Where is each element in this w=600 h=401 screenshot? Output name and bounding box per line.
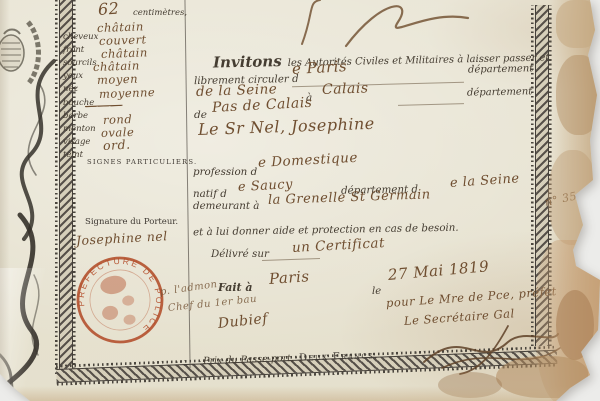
left-margin-calligraphy xyxy=(0,55,68,401)
delivre-sur-printed: Délivré sur xyxy=(211,248,269,260)
paper-shadow: 62 centimètres, cheveuxchâtain frontcouv… xyxy=(0,0,600,401)
stain-top-right xyxy=(556,0,600,48)
demeurant-printed: demeurant à xyxy=(193,200,259,212)
departement-label-2: département xyxy=(467,86,532,98)
aide-protection-printed: et à lui donner aide et protection en ca… xyxy=(193,222,459,239)
stain-right-1 xyxy=(556,55,600,135)
circuler-hand: e Paris xyxy=(292,57,348,78)
bearer-name-hand: Le Sr Nel, Josephine xyxy=(198,114,375,139)
photo-of-1819-french-passport: 62 centimètres, cheveuxchâtain frontcouv… xyxy=(0,0,600,401)
countersign-hand-2: Chef du 1er bau xyxy=(167,294,257,314)
bottom-edge-tint xyxy=(0,386,600,401)
date-hand: 27 Mai 1819 xyxy=(387,257,490,284)
stamp-circular-text: PRÉFECTURE DE POLICE xyxy=(69,249,170,347)
row-label: teint xyxy=(63,150,83,160)
countersign-signature: Dubief xyxy=(217,311,269,332)
fait-a-printed: Fait à xyxy=(218,281,253,294)
row-value: moyen xyxy=(97,72,139,87)
rule-line xyxy=(262,258,320,261)
rule-line xyxy=(292,82,464,88)
row-value: ——— xyxy=(85,98,123,113)
row-value: ord. xyxy=(103,137,131,153)
price-amount: Deux Francs. xyxy=(299,350,379,363)
signalement-rows: cheveuxchâtain frontcouvert sourcilschât… xyxy=(63,24,189,158)
passport-paper: 62 centimètres, cheveuxchâtain frontcouv… xyxy=(0,0,600,401)
signature-du-porteur-label: Signature du Porteur. xyxy=(85,217,178,227)
delivre-hand: un Certificat xyxy=(292,235,386,256)
height-hand-value: 62 xyxy=(97,0,120,19)
profession-hand: e Domestique xyxy=(258,150,359,171)
top-register-flourish xyxy=(286,0,476,50)
natif-printed: natif d xyxy=(193,188,227,200)
invitons-word: Invitons xyxy=(213,52,282,71)
rule-line xyxy=(398,103,464,106)
row-teint: teintord. xyxy=(63,142,83,161)
svg-text:PRÉFECTURE DE POLICE: PRÉFECTURE DE POLICE xyxy=(69,249,170,347)
prefecture-police-red-stamp: PRÉFECTURE DE POLICE xyxy=(62,242,178,358)
departement-label-1: département xyxy=(468,63,533,75)
height-unit-label: centimètres, xyxy=(133,8,187,18)
departement-de-hand: e la Seine xyxy=(449,171,520,191)
official-signature-flourish xyxy=(412,318,567,376)
price-printed: Prix du Passe-port, xyxy=(203,353,294,367)
signes-particuliers-label: SIGNES PARTICULIERS. xyxy=(87,158,197,166)
calais-hand: Calais xyxy=(322,80,369,98)
profession-printed: profession d xyxy=(193,166,257,178)
le-printed: le xyxy=(372,286,381,297)
fait-hand: Paris xyxy=(268,267,310,288)
